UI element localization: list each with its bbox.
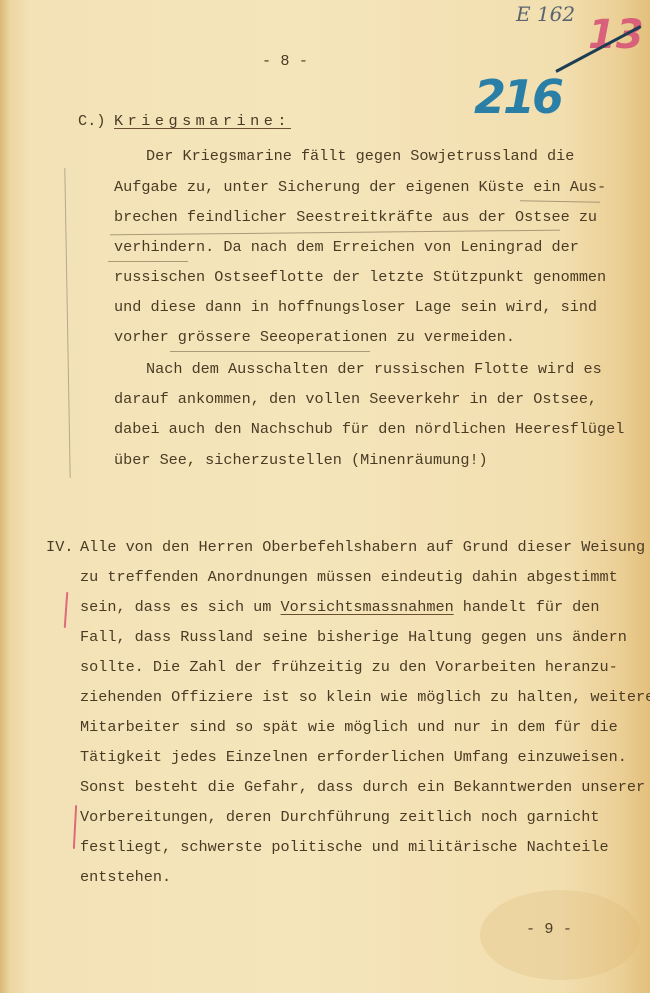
document-page: E 162 13 216 - 8 - C.) Kriegsmarine: Der… [0,0,650,993]
text-line: entstehen. [80,868,171,886]
text-line: dabei auch den Nachschub für den nördlic… [114,420,624,438]
text-line: ziehenden Offiziere ist so klein wie mög… [80,688,650,706]
text-line: darauf ankommen, den vollen Seeverkehr i… [114,390,597,408]
archive-mark: E 162 [516,2,575,26]
text-line: Der Kriegsmarine fällt gegen Sowjetrussl… [146,147,574,165]
text-line: Sonst besteht die Gefahr, dass durch ein… [80,778,645,796]
new-folio-number: 216 [474,70,561,124]
text-line: vorher grössere Seeoperationen zu vermei… [114,328,515,346]
text-line: zu treffenden Anordnungen müssen eindeut… [80,568,618,586]
text-fragment: handelt für den [454,598,600,616]
section-iv-label: IV. [46,538,74,556]
pencil-underline [520,200,600,202]
pencil-margin-line [64,168,70,478]
red-margin-mark [64,592,69,628]
text-line: Mitarbeiter sind so spät wie möglich und… [80,718,618,736]
text-line: Vorbereitungen, deren Durchführung zeitl… [80,808,600,826]
section-c-heading: Kriegsmarine: [114,112,291,130]
red-margin-mark [73,805,77,849]
text-line: über See, sicherzustellen (Minenräumung!… [114,451,488,469]
text-line: Aufgabe zu, unter Sicherung der eigenen … [114,178,606,196]
pencil-underline [110,230,560,236]
text-line: Alle von den Herren Oberbefehlshabern au… [80,538,645,556]
text-fragment: sein, dass es sich um [80,598,281,616]
text-line: verhindern. Da nach dem Erreichen von Le… [114,238,579,256]
text-line: Tätigkeit jedes Einzelnen erforderlichen… [80,748,627,766]
underlined-term: Vorsichtsmassnahmen [281,598,454,616]
text-line: sollte. Die Zahl der frühzeitig zu den V… [80,658,618,676]
next-page-marker: - 9 - [526,920,572,938]
text-line: brechen feindlicher Seestreitkräfte aus … [114,208,597,226]
page-number: - 8 - [262,52,308,70]
pencil-underline [108,261,188,262]
text-line: Fall, dass Russland seine bisherige Halt… [80,628,627,646]
text-line: Nach dem Ausschalten der russischen Flot… [146,360,602,378]
text-line: russischen Ostseeflotte der letzte Stütz… [114,268,606,286]
text-line: und diese dann in hoffnungsloser Lage se… [114,298,597,316]
text-line: festliegt, schwerste politische und mili… [80,838,609,856]
section-c-label: C.) [78,112,106,130]
text-line: sein, dass es sich um Vorsichtsmassnahme… [80,598,600,616]
pencil-underline [170,351,370,352]
